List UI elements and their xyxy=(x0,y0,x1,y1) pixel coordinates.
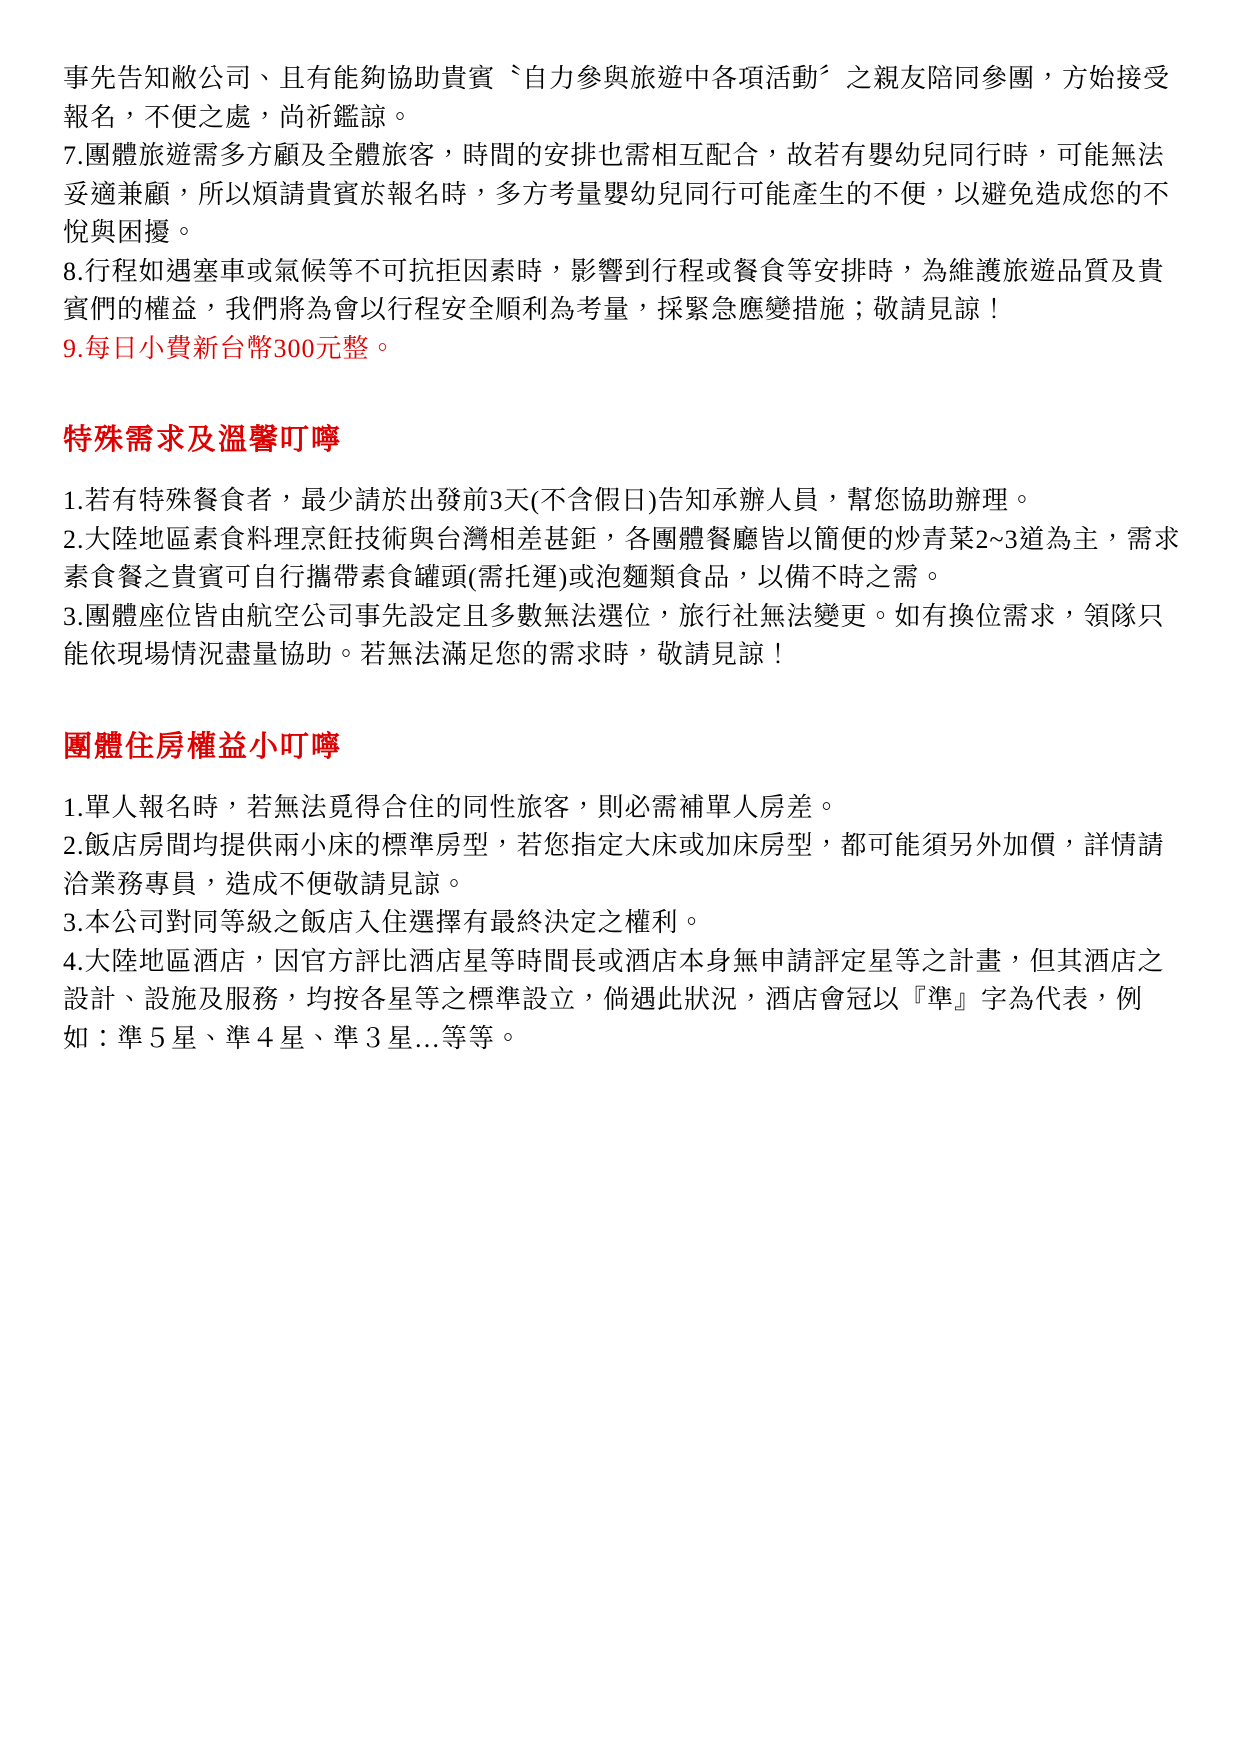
document-page: 事先告知敝公司、且有能夠協助貴賓〝自力參與旅遊中各項活動〞之親友陪同參團，方始接… xyxy=(0,0,1241,1755)
group-housing-list: 1.單人報名時，若無法覓得合住的同性旅客，則必需補單人房差。 2.飯店房間均提供… xyxy=(63,789,1185,1059)
intro-item-8: 8.行程如遇塞車或氣候等不可抗拒因素時，影響到行程或餐食等安排時，為維護旅遊品質… xyxy=(63,253,1185,330)
intro-block: 事先告知敝公司、且有能夠協助貴賓〝自力參與旅遊中各項活動〞之親友陪同參團，方始接… xyxy=(63,60,1185,368)
intro-item-7: 7.團體旅遊需多方顧及全體旅客，時間的安排也需相互配合，故若有嬰幼兒同行時，可能… xyxy=(63,137,1185,253)
intro-continuation-paragraph: 事先告知敝公司、且有能夠協助貴賓〝自力參與旅遊中各項活動〞之親友陪同參團，方始接… xyxy=(63,60,1185,137)
special-needs-list: 1.若有特殊餐食者，最少請於出發前3天(不含假日)告知承辦人員，幫您協助辦理。 … xyxy=(63,482,1185,675)
list-item: 1.單人報名時，若無法覓得合住的同性旅客，則必需補單人房差。 xyxy=(63,789,1185,828)
list-item: 2.飯店房間均提供兩小床的標準房型，若您指定大床或加床房型，都可能須另外加價，詳… xyxy=(63,827,1185,904)
list-item: 4.大陸地區酒店，因官方評比酒店星等時間長或酒店本身無申請評定星等之計畫，但其酒… xyxy=(63,943,1185,1059)
section-group-housing: 團體住房權益小叮嚀 1.單人報名時，若無法覓得合住的同性旅客，則必需補單人房差。… xyxy=(63,727,1185,1059)
intro-item-9-daily-tip: 9.每日小費新台幣300元整。 xyxy=(63,330,1185,369)
section-heading-group-housing: 團體住房權益小叮嚀 xyxy=(63,727,1185,767)
list-item: 1.若有特殊餐食者，最少請於出發前3天(不含假日)告知承辦人員，幫您協助辦理。 xyxy=(63,482,1185,521)
list-item: 3.團體座位皆由航空公司事先設定且多數無法選位，旅行社無法變更。如有換位需求，領… xyxy=(63,598,1185,675)
list-item: 2.大陸地區素食料理烹飪技術與台灣相差甚鉅，各團體餐廳皆以簡便的炒青菜2~3道為… xyxy=(63,521,1185,598)
section-special-needs: 特殊需求及溫馨叮嚀 1.若有特殊餐食者，最少請於出發前3天(不含假日)告知承辦人… xyxy=(63,420,1185,675)
section-heading-special-needs: 特殊需求及溫馨叮嚀 xyxy=(63,420,1185,460)
list-item: 3.本公司對同等級之飯店入住選擇有最終決定之權利。 xyxy=(63,904,1185,943)
